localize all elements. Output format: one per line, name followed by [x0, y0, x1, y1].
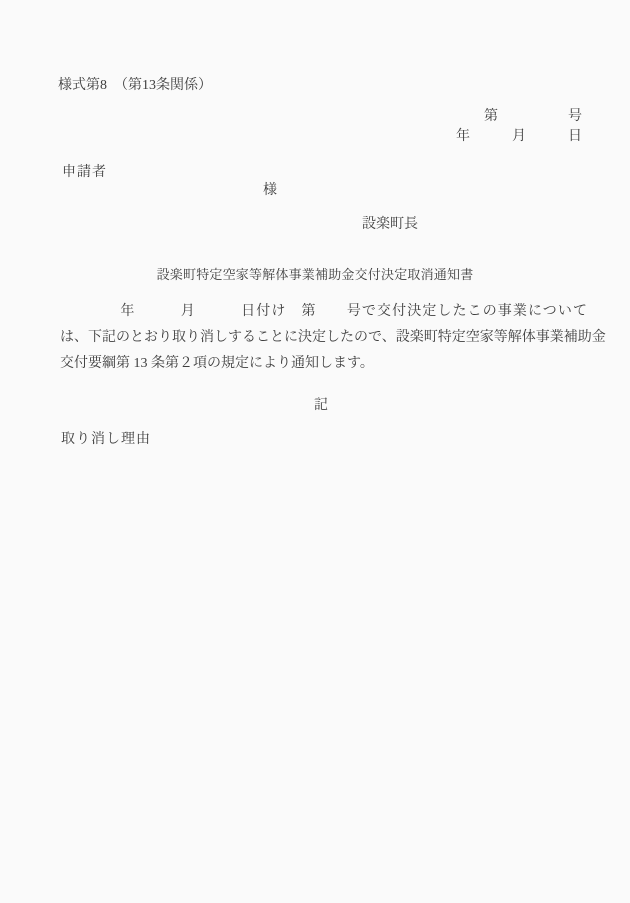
document-title: 設楽町特定空家等解体事業補助金交付決定取消通知書: [0, 268, 630, 281]
body-line-2: は、下記のとおり取り消しすることに決定したので、設楽町特定空家等解体事業補助金: [60, 325, 587, 351]
addressee-honorific: 様: [263, 184, 277, 198]
sender-mayor-title: 設楽町長: [362, 218, 418, 232]
doc-number-blank-line: 第 号: [484, 110, 582, 124]
ki-section-marker: 記: [12, 399, 630, 413]
cancellation-reason-label: 取り消し理由: [61, 433, 151, 447]
body-line-1: 年 月 日付け 第 号で交付決定したこの事業について: [60, 299, 587, 325]
body-line-3: 交付要綱第 13 条第２項の規定により通知します。: [60, 351, 587, 377]
form-number-label: 様式第8 （第13条関係）: [58, 79, 212, 93]
applicant-label: 申請者: [62, 166, 107, 180]
date-blank-line: 年 月 日: [456, 130, 582, 144]
body-paragraph: 年 月 日付け 第 号で交付決定したこの事業について は、下記のとおり取り消しす…: [60, 299, 587, 377]
document-page: 様式第8 （第13条関係） 第 号 年 月 日 申請者 様 設楽町長 設楽町特定…: [0, 0, 630, 903]
